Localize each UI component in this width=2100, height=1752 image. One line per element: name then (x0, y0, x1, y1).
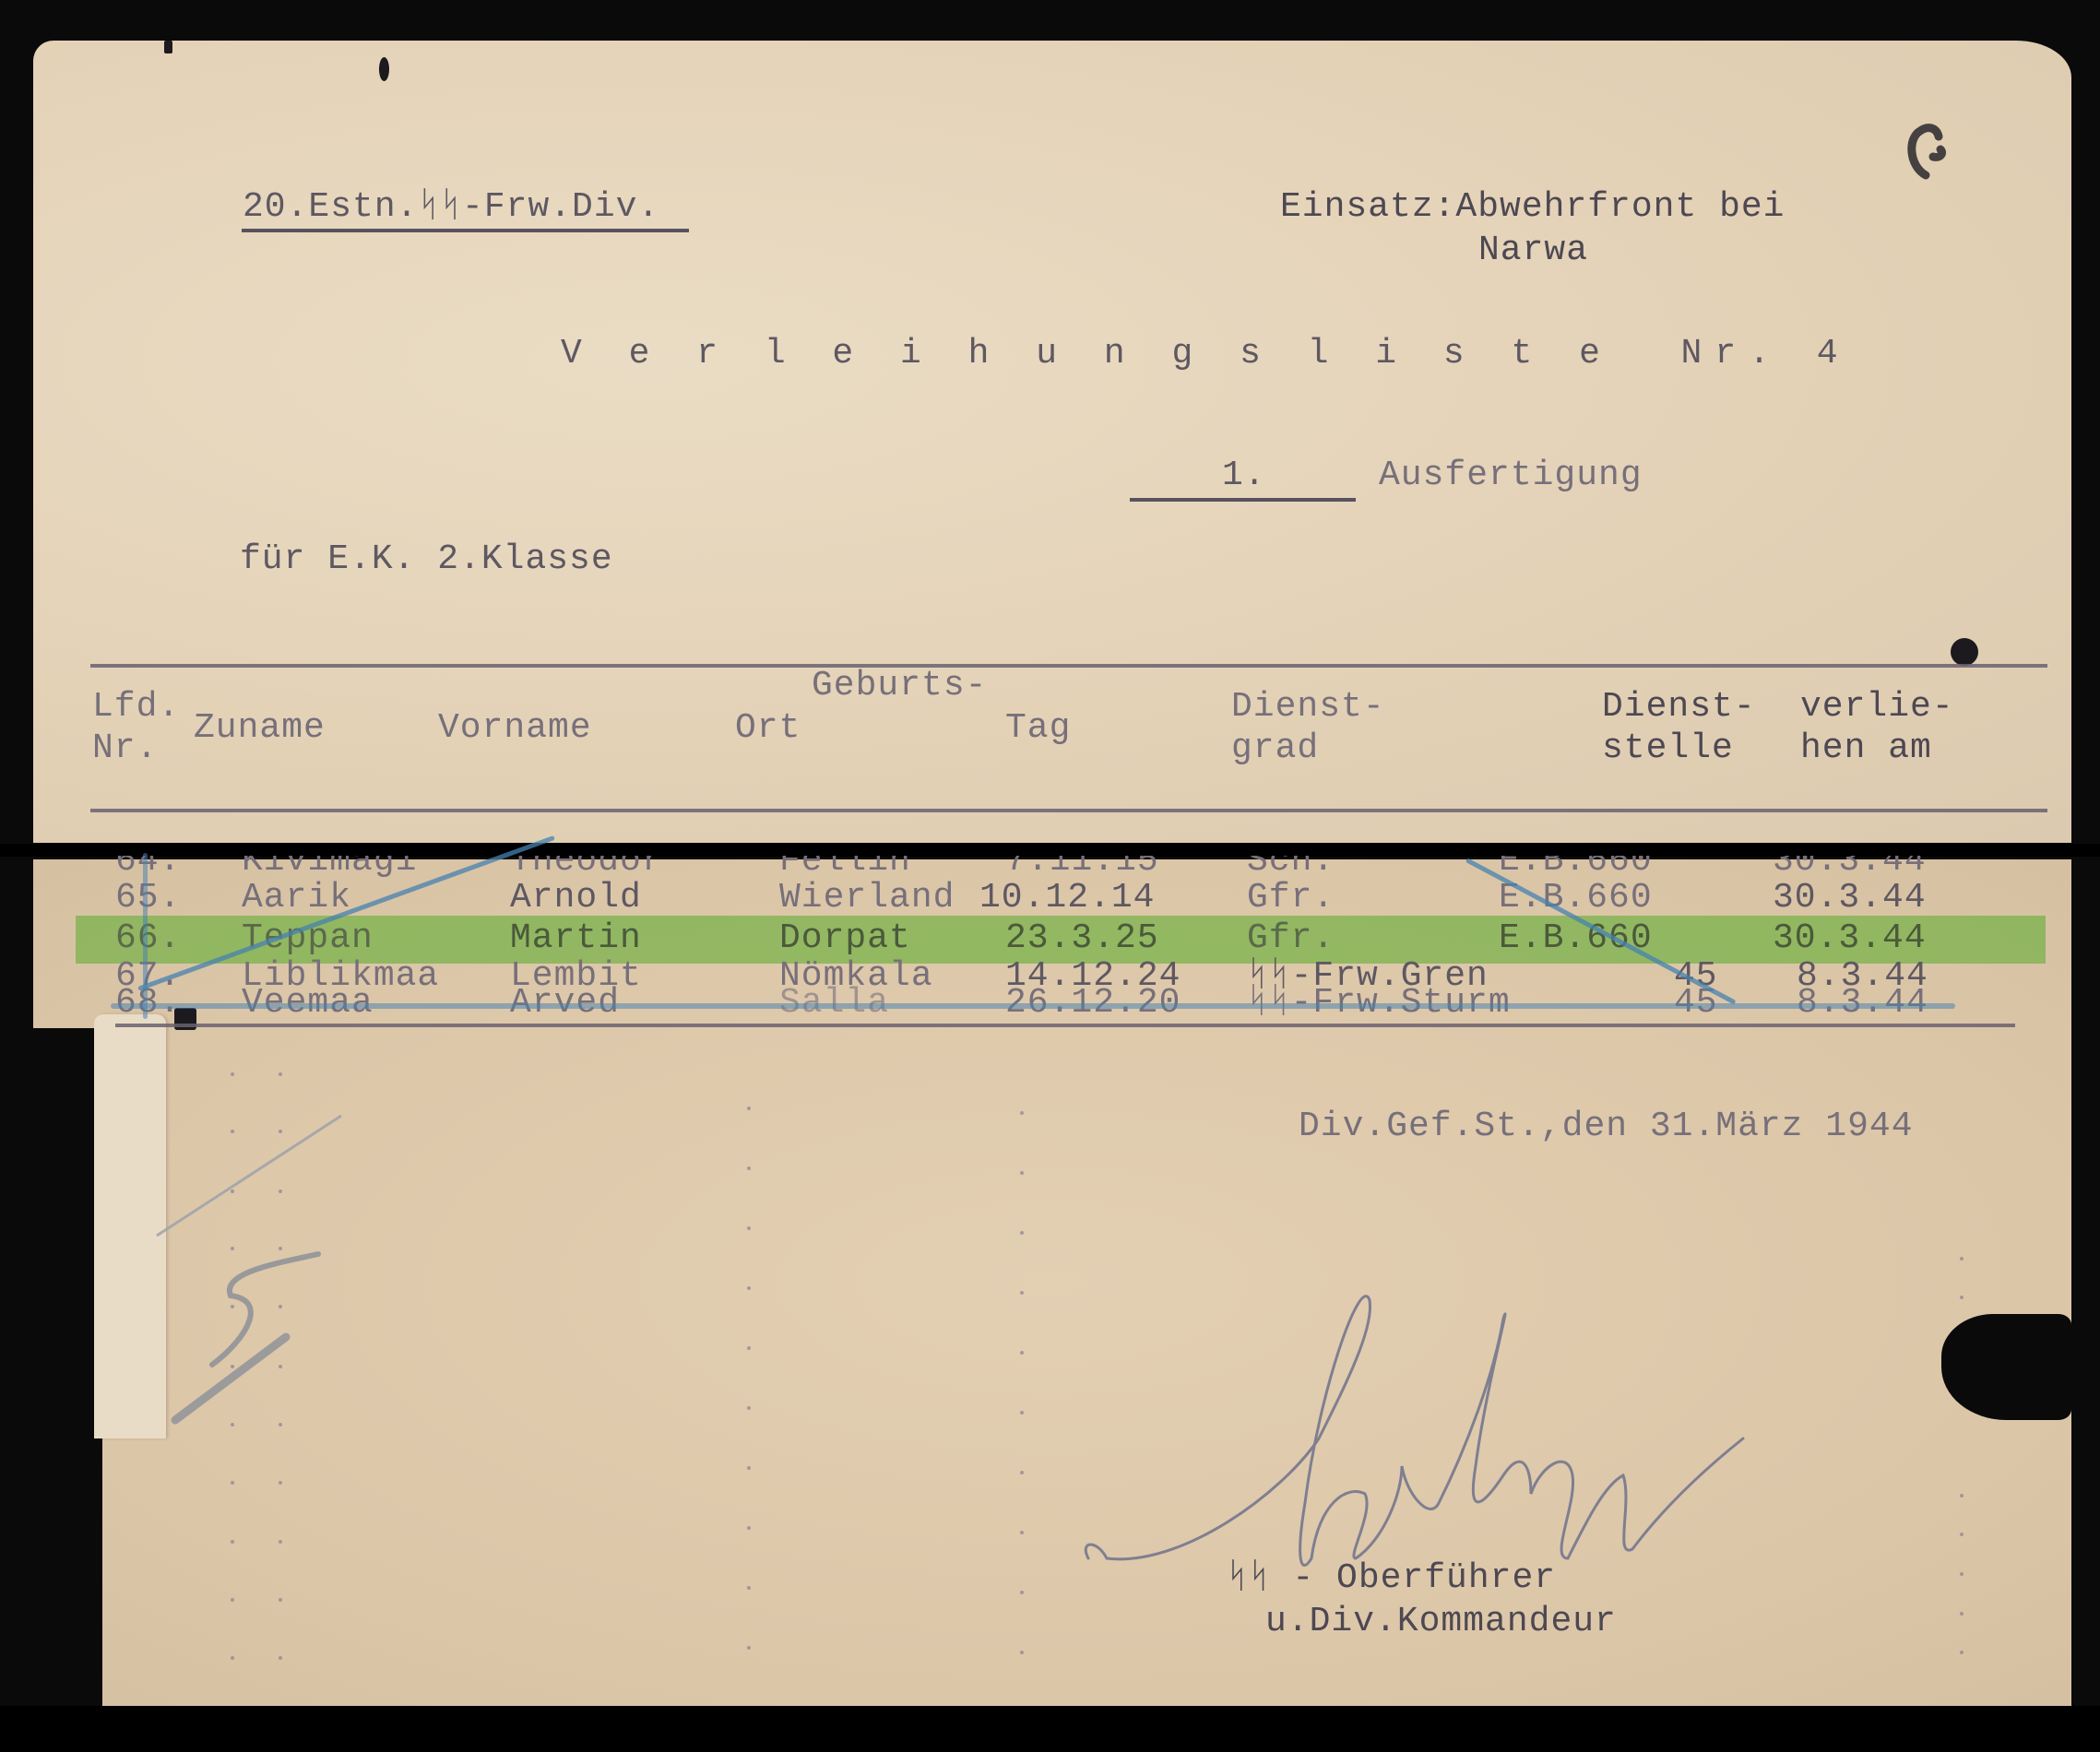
header-nr: Nr. (92, 728, 158, 768)
header-dienstgrad-2: grad (1231, 728, 1319, 768)
row-ort: Wierland (779, 878, 955, 917)
row-zuname: Aarik (242, 878, 351, 917)
header-verliehen-1: verlie- (1800, 687, 1954, 727)
row-nr: 65. (115, 878, 181, 917)
row-ort: Dorpat (779, 918, 911, 958)
header-dienststelle-2: stelle (1602, 728, 1734, 768)
torn-hole-right (1941, 1314, 2071, 1420)
award-class: für E.K. 2.Klasse (240, 539, 613, 579)
unit-underline (242, 229, 689, 232)
table-bottom-rule (115, 1024, 2015, 1027)
unit-heading: 20.Estn.ᛋᛋ-Frw.Div. (243, 187, 659, 227)
header-ort: Ort (735, 708, 801, 748)
header-dienststelle-1: Dienst- (1602, 687, 1756, 727)
blue-strike-vertical (143, 853, 148, 1019)
signature-role: u.Div.Kommandeur (1265, 1602, 1617, 1641)
hole-punch-mark-icon (1900, 120, 1955, 194)
row-vorname: Martin (510, 918, 642, 958)
place-and-date: Div.Gef.St.,den 31.März 1944 (1299, 1107, 1914, 1146)
deployment-line2: Narwa (1478, 231, 1588, 270)
table-top-rule (90, 664, 2047, 668)
pencil-note-icon (138, 1060, 323, 1429)
scan-divider (0, 844, 2100, 857)
torn-edge-left (33, 1028, 102, 1706)
row-tag: 10.12.14 (979, 878, 1155, 917)
copy-number: 1. (1222, 456, 1266, 495)
deployment-line1: Einsatz:Abwehrfront bei (1280, 187, 1786, 227)
blue-strike-horizontal (111, 1003, 1955, 1009)
header-geburts: Geburts- (812, 666, 987, 705)
row-dienststelle: E.B.660 (1499, 878, 1653, 917)
row-dienstgrad: Gfr. (1247, 918, 1335, 958)
copy-number-underline (1130, 498, 1356, 502)
ink-blot-right (1951, 638, 1978, 666)
row-tag: 23.3.25 (1005, 918, 1159, 958)
header-lfd: Lfd. (92, 687, 180, 727)
row-dienstgrad: Gfr. (1247, 878, 1335, 917)
header-verliehen-2: hen am (1800, 728, 1932, 768)
copy-label: Ausfertigung (1379, 456, 1643, 495)
ink-blot-top-left (164, 41, 172, 53)
document-title: V e r l e i h u n g s l i s t e Nr. 4 (561, 334, 1851, 373)
header-zuname: Zuname (194, 708, 326, 748)
header-dienstgrad-1: Dienst- (1231, 687, 1385, 727)
ink-blot-top (379, 57, 389, 81)
header-vorname: Vorname (438, 708, 592, 748)
signature-rank: ᛋᛋ - Oberführer (1227, 1558, 1556, 1598)
row-dienststelle: E.B.660 (1499, 918, 1653, 958)
row-verliehen: 30.3.44 (1773, 878, 1927, 917)
row-verliehen: 30.3.44 (1773, 918, 1927, 958)
scan-bottom-border (0, 1706, 2100, 1752)
header-tag: Tag (1005, 708, 1071, 748)
row-vorname: Arnold (510, 878, 642, 917)
table-header-bottom-rule (90, 809, 2047, 812)
row-nr: 66. (115, 918, 181, 958)
